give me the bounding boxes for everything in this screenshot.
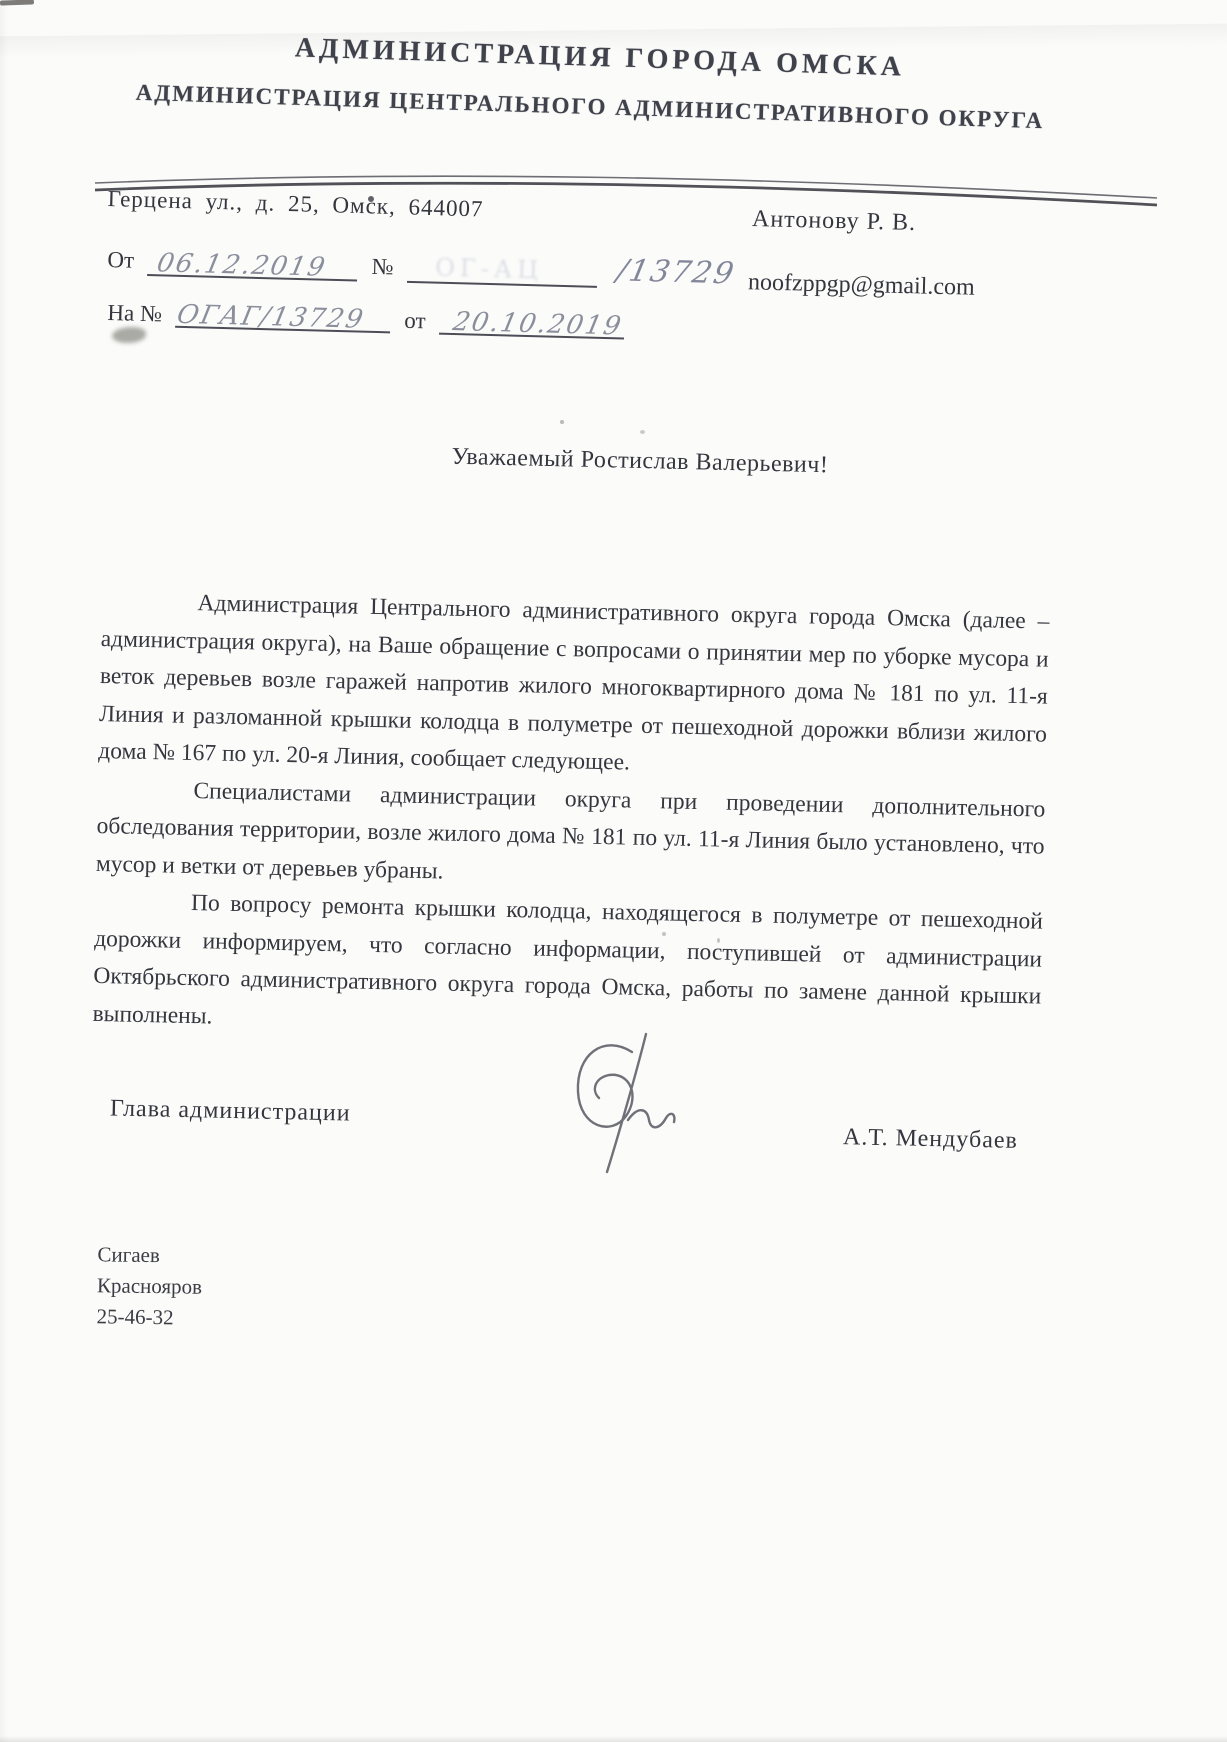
letter-body: Администрация Центрального административ…: [92, 583, 1050, 1054]
outgoing-number-handwritten: /13729: [613, 253, 738, 291]
executor-name-1: Сигаев: [97, 1239, 202, 1271]
outgoing-date-field: 06.12.2019: [147, 242, 358, 281]
incoming-number-handwritten: ОГАГ/13729: [175, 300, 368, 335]
paragraph-2: Специалистами администрации округа при п…: [95, 770, 1045, 903]
scan-speck: [640, 430, 645, 434]
reply-date-label: от: [404, 308, 426, 334]
executor-phone: 25-46-32: [96, 1301, 201, 1333]
outgoing-date-handwritten: 06.12.2019: [155, 248, 330, 282]
executor-name-2: Краснояров: [97, 1270, 202, 1302]
scan-speck: [560, 420, 564, 424]
outgoing-number-field: ОГ-АЦ: [407, 249, 598, 288]
recipient-email: noofzppgp@gmail.com: [748, 269, 975, 302]
recipient-name: Антонову Р. В.: [752, 206, 917, 237]
scanned-letter-page: АДМИНИСТРАЦИЯ ГОРОДА ОМСКА АДМИНИСТРАЦИЯ…: [0, 0, 1227, 1742]
paragraph-1: Администрация Центрального административ…: [98, 583, 1050, 791]
ink-smudge: [112, 327, 146, 343]
signoff-title: Глава администрации: [110, 1095, 351, 1127]
scan-bottom-edge: [0, 1736, 1227, 1742]
incoming-number-field: ОГАГ/13729: [175, 294, 391, 334]
faint-stamp-fragment: ОГ-АЦ: [435, 254, 543, 285]
org-name-line2: АДМИНИСТРАЦИЯ ЦЕНТРАЛЬНОГО АДМИНИСТРАТИВ…: [75, 78, 1105, 136]
salutation: Уважаемый Ростислав Валерьевич!: [200, 438, 1080, 485]
executor-block: Сигаев Краснояров 25-46-32: [96, 1239, 202, 1333]
reply-label: На №: [107, 300, 162, 326]
incoming-date-handwritten: 20.10.2019: [450, 307, 625, 341]
ref-row-incoming: На № ОГАГ/13729 от 20.10.2019: [107, 292, 633, 340]
ref-row-outgoing: От 06.12.2019 № ОГ-АЦ /13729: [107, 240, 735, 291]
signoff-name: А.Т. Мендубаев: [843, 1124, 1018, 1155]
number-label: №: [371, 254, 394, 280]
paragraph-3: По вопросу ремонта крышки колодца, наход…: [92, 883, 1043, 1054]
incoming-date-field: 20.10.2019: [439, 301, 625, 340]
from-label: От: [107, 247, 134, 273]
scan-corner-mark: [0, 0, 34, 6]
scan-left-edge: [0, 0, 8, 1742]
handwritten-signature: [548, 1032, 713, 1177]
